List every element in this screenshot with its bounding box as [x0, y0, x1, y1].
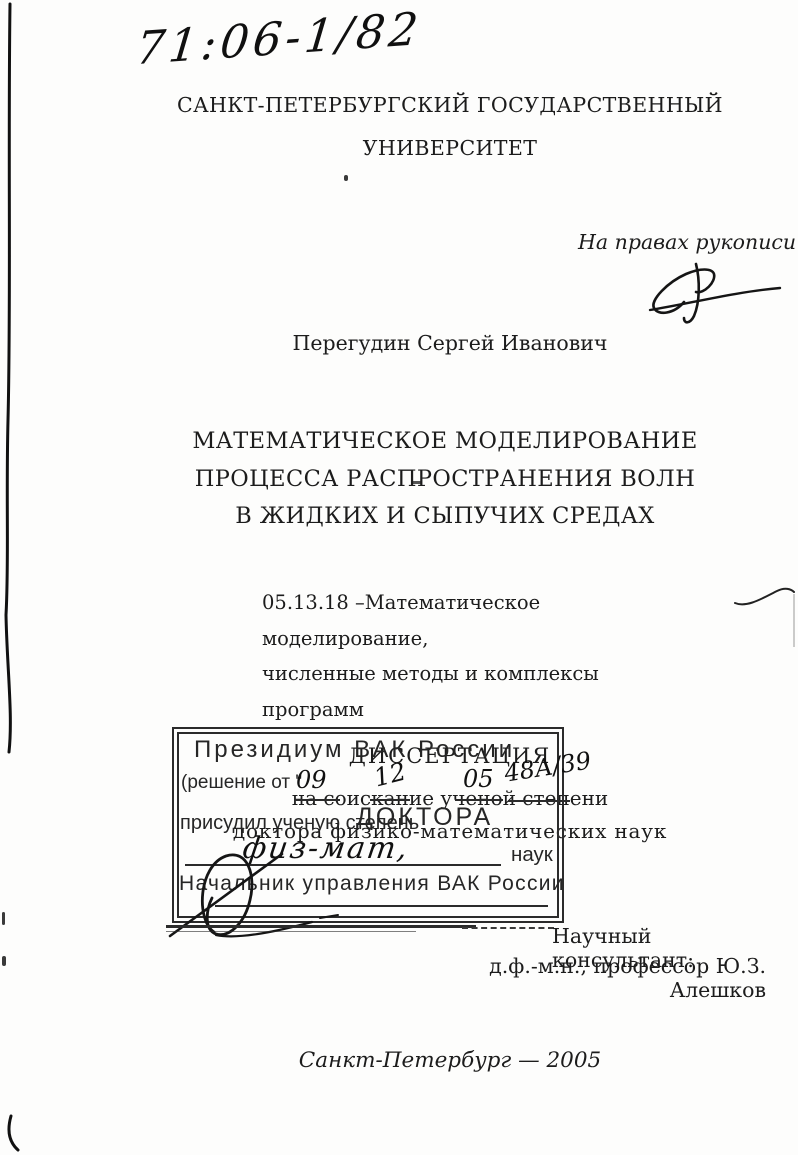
title-line3: В ЖИДКИХ И СЫПУЧИХ СРЕДАХ: [95, 498, 795, 536]
handwritten-catalog-number: 71:06-1/82: [134, 2, 425, 75]
stamp-blank-line: [508, 800, 570, 802]
title-line1: МАТЕМАТИЧЕСКОЕ МОДЕЛИРОВАНИЕ: [95, 423, 795, 461]
consultant-name: д.ф.-м.н., профессор Ю.З. Алешков: [420, 954, 766, 1002]
title-line2: ПРОЦЕССА РАСПРОСТРАНЕНИЯ ВОЛН: [95, 461, 795, 499]
specialty-line2: численные методы и комплексы программ: [262, 656, 682, 727]
dissertation-title: МАТЕМАТИЧЕСКОЕ МОДЕЛИРОВАНИЕ ПРОЦЕССА РА…: [95, 423, 795, 536]
scan-speck: [2, 956, 6, 966]
scan-speck: [2, 912, 5, 925]
stamp-decision-label: (решение от ": [181, 772, 302, 794]
university-name-line1: САНКТ-ПЕТЕРБУРГСКИЙ ГОСУДАРСТВЕННЫЙ: [120, 84, 780, 127]
stamp-bottom-line-thin: [166, 931, 416, 932]
city-and-year: Санкт-Петербург — 2005: [120, 1048, 780, 1073]
scan-speck: [344, 175, 348, 181]
stamp-bottom-dashed-line: [462, 927, 554, 929]
signature-icon: [638, 258, 788, 330]
stamp-blank-line: [455, 799, 503, 801]
handwritten-day: 09: [296, 766, 327, 794]
scan-edge-artifact-line: [0, 0, 30, 760]
stamp-blank-line: [294, 799, 340, 801]
pen-squiggle-icon: [733, 575, 797, 655]
scanned-dissertation-title-page: 71:06-1/82 САНКТ-ПЕТЕРБУРГСКИЙ ГОСУДАРСТ…: [0, 0, 798, 1155]
stamp-nauk-label: наук: [511, 843, 553, 867]
specialty-code: 05.13.18 –Математическое моделирование, …: [262, 585, 682, 727]
specialty-line1: 05.13.18 –Математическое моделирование,: [262, 585, 682, 656]
university-name: САНКТ-ПЕТЕРБУРГСКИЙ ГОСУДАРСТВЕННЫЙ УНИВ…: [120, 84, 780, 170]
stamp-blank-line: [370, 799, 410, 801]
author-name: Перегудин Сергей Иванович: [120, 331, 780, 355]
stamp-header: Президиум ВАК России: [194, 736, 515, 764]
university-name-line2: УНИВЕРСИТЕТ: [120, 127, 780, 170]
stamp-bottom-line: [166, 925, 476, 928]
handwritten-year: 05: [463, 765, 494, 793]
manuscript-rights-note: На правах рукописи: [578, 230, 796, 254]
stamp-doctor-word: ДОКТОРА: [356, 803, 493, 832]
scan-corner-artifact: [2, 1114, 26, 1154]
